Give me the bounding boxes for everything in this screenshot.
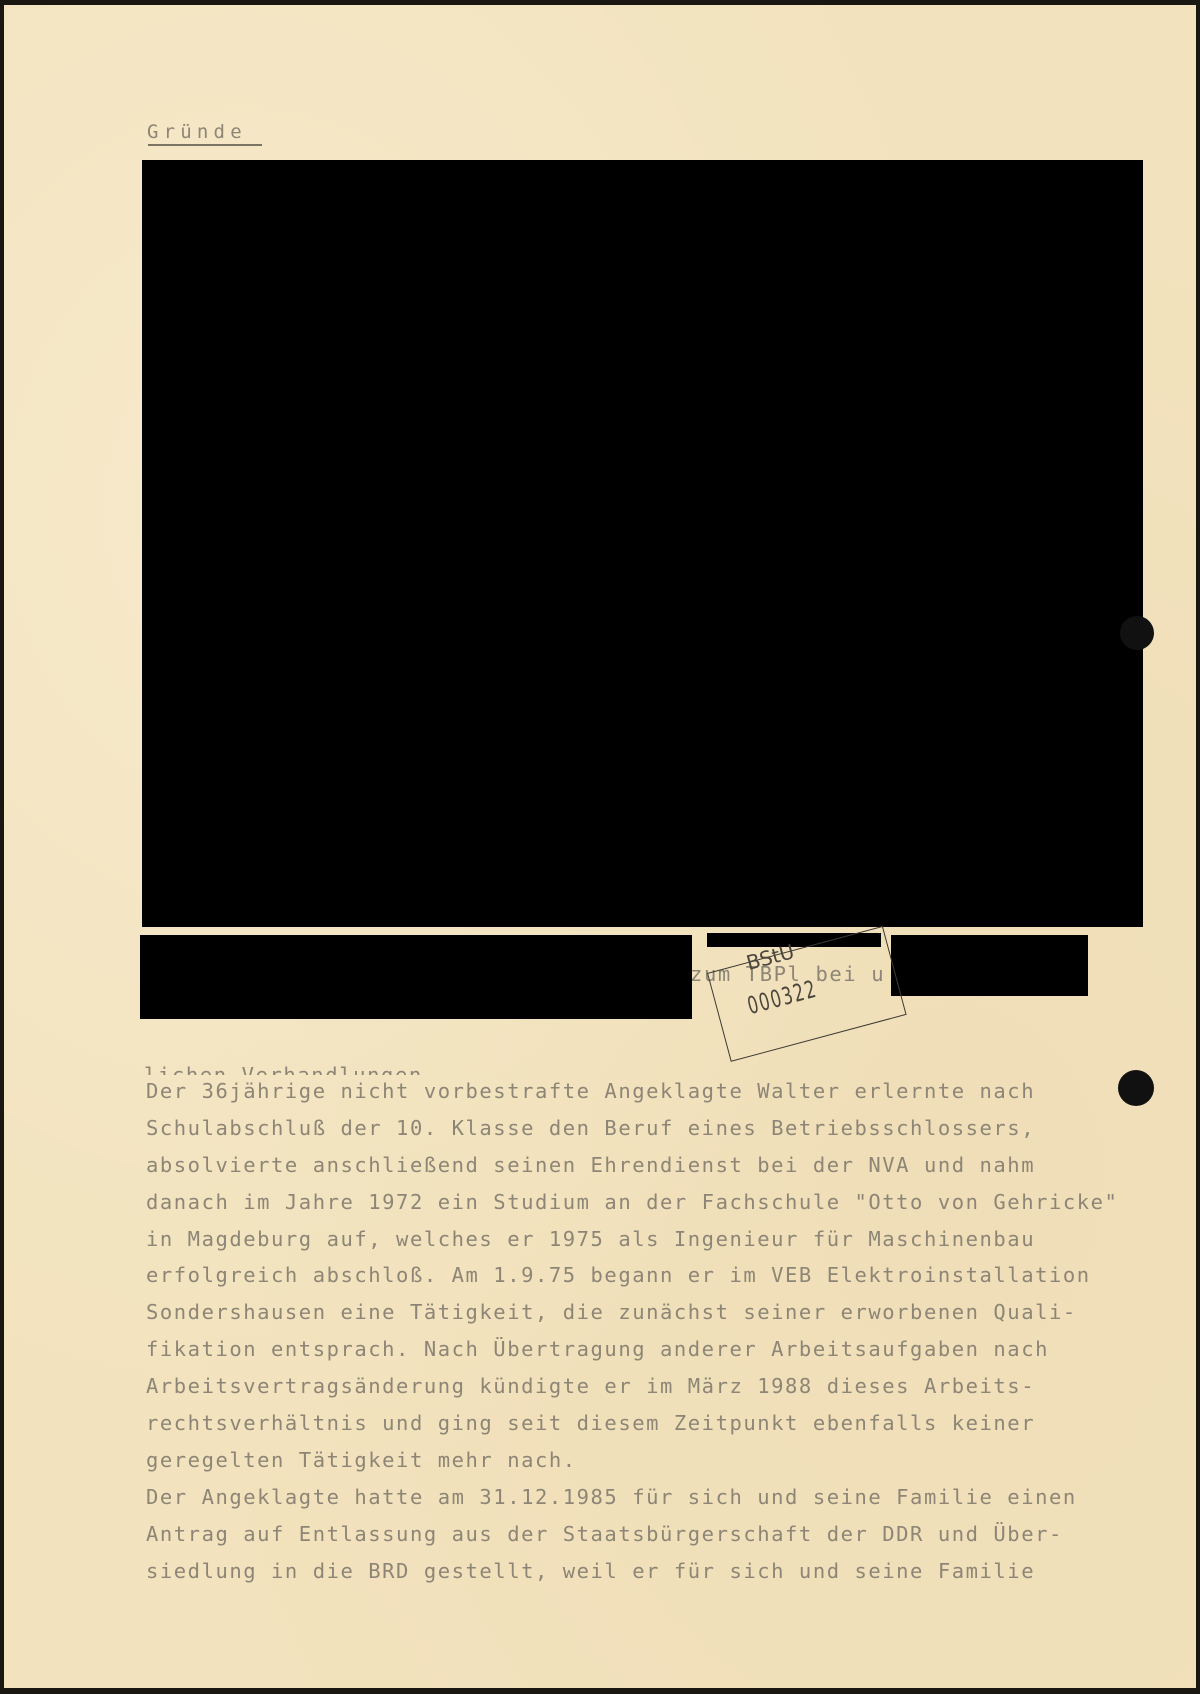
- text-line: absolvierte anschließend seinen Ehrendie…: [146, 1147, 1118, 1184]
- redaction-right-block: [891, 935, 1088, 996]
- partial-text-cut: . , . . . .: [144, 923, 646, 935]
- text-line: Sondershausen eine Tätigkeit, die zunäch…: [146, 1294, 1118, 1331]
- heading-underline: [148, 144, 262, 146]
- text-line: Schulabschluß der 10. Klasse den Beruf e…: [146, 1110, 1118, 1147]
- text-line: erfolgreich abschloß. Am 1.9.75 begann e…: [146, 1257, 1118, 1294]
- text-line: Arbeitsvertragsänderung kündigte er im M…: [146, 1368, 1118, 1405]
- text-line: siedlung in die BRD gestellt, weil er fü…: [146, 1553, 1118, 1590]
- redaction-left-block: [140, 935, 692, 1019]
- text-line: fikation entsprach. Nach Übertragung and…: [146, 1331, 1118, 1368]
- section-heading: Gründe: [147, 121, 247, 143]
- text-line: in Magdeburg auf, welches er 1975 als In…: [146, 1221, 1118, 1258]
- punch-hole-icon: [1118, 1070, 1154, 1106]
- document-page: Gründe . , . . . . zum TBPl bei u lichen…: [4, 5, 1196, 1688]
- stamp-number: 000322: [744, 975, 820, 1020]
- text-line: Antrag auf Entlassung aus der Staatsbürg…: [146, 1516, 1118, 1553]
- body-text: Der 36jährige nicht vorbestrafte Angekla…: [146, 1073, 1118, 1589]
- punch-hole-icon: [1120, 616, 1154, 650]
- text-line: geregelten Tätigkeit mehr nach.: [146, 1442, 1118, 1479]
- text-line: danach im Jahre 1972 ein Studium an der …: [146, 1184, 1118, 1221]
- text-line: Der 36jährige nicht vorbestrafte Angekla…: [146, 1073, 1118, 1110]
- text-line: rechtsverhältnis und ging seit diesem Ze…: [146, 1405, 1118, 1442]
- text-line: Der Angeklagte hatte am 31.12.1985 für s…: [146, 1479, 1118, 1516]
- redaction-main-block: [142, 160, 1143, 927]
